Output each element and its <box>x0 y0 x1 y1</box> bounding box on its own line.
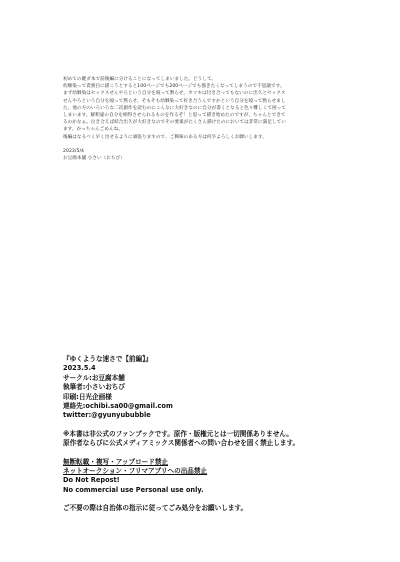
spacer <box>63 421 353 430</box>
twitter-handle: twitter:@gyunyububble <box>63 411 353 420</box>
afterword-date: 2023/5/4 <box>63 148 343 155</box>
spacer <box>63 141 343 148</box>
disposal-notice: ご不要の際は自治体の指示に従ってごみ処分をお願いします。 <box>63 504 353 513</box>
notice-line: 原作者ならびに公式メディアミックス関係者への問い合わせを固く禁止します。 <box>63 439 353 448</box>
english-notice: Do Not Repost! <box>63 476 353 485</box>
afterword-line: まず幼馴染はセックスせんやろという自分を殴って黙らせ、カツキは付き合ってもないの… <box>63 90 343 97</box>
afterword-line: ます。かっちゃんごめんね。 <box>63 126 343 133</box>
notice-line: ※本書は非公式のファンブックです。原作・版権元とは一切関係ありません。 <box>63 430 353 439</box>
english-notice: No commercial use Personal use only. <box>63 486 353 495</box>
afterword-line: せんやろという自分を殴って黙らせ、そもそも幼馴染って好き合うんですかという自分を… <box>63 98 343 105</box>
spacer <box>63 495 353 504</box>
circle-name: サークル:お豆腐本舗 <box>63 374 353 383</box>
contact-email: 連絡先:ochibi.sa00@gmail.com <box>63 402 353 411</box>
printer-name: 印刷:日光企画様 <box>63 393 353 402</box>
spacer <box>63 449 353 458</box>
afterword-line: しまいます。解釈違の自分を納得させられるものを作るぞ！と思って描き始めたのですが… <box>63 112 343 119</box>
afterword-line: 幼馴染って責務目に描こうとすると100ページでも200ページでも描きたくなってし… <box>63 83 343 90</box>
afterword-line: た。他の方のいろいろな二次創作を読むのにこんなに大好きなのに自分が書くとなると色… <box>63 105 343 112</box>
prohibition-line: ネットオークション・フリマアプリへの出品禁止 <box>63 467 353 476</box>
prohibition-line: 無断転載・複写・アップロード禁止 <box>63 458 353 467</box>
author-name: 執筆者:小さいおちび <box>63 383 353 392</box>
afterword-signature: お豆腐本舗 小さい（おちび） <box>63 155 343 162</box>
afterword-line: るのかなぁ。泣き合えば結合出久が大好きなのでその要素がたくさん描けたのにおいては… <box>63 119 343 126</box>
book-title: 『ゆくような速さで【前編】』 <box>63 355 353 364</box>
afterword-line: 後編はなるべく早く出せるように頑張りますので、ご興味のある方は何卒よろしくお願い… <box>63 134 343 141</box>
colophon-section: 『ゆくような速さで【前編】』 2023.5.4 サークル:お豆腐本舗 執筆者:小… <box>63 355 353 514</box>
publish-date: 2023.5.4 <box>63 364 353 373</box>
afterword-section: 初めての鍵ダ本で前後編に分けることになってしまいました。どうして。 幼馴染って責… <box>63 76 343 162</box>
afterword-line: 初めての鍵ダ本で前後編に分けることになってしまいました。どうして。 <box>63 76 343 83</box>
